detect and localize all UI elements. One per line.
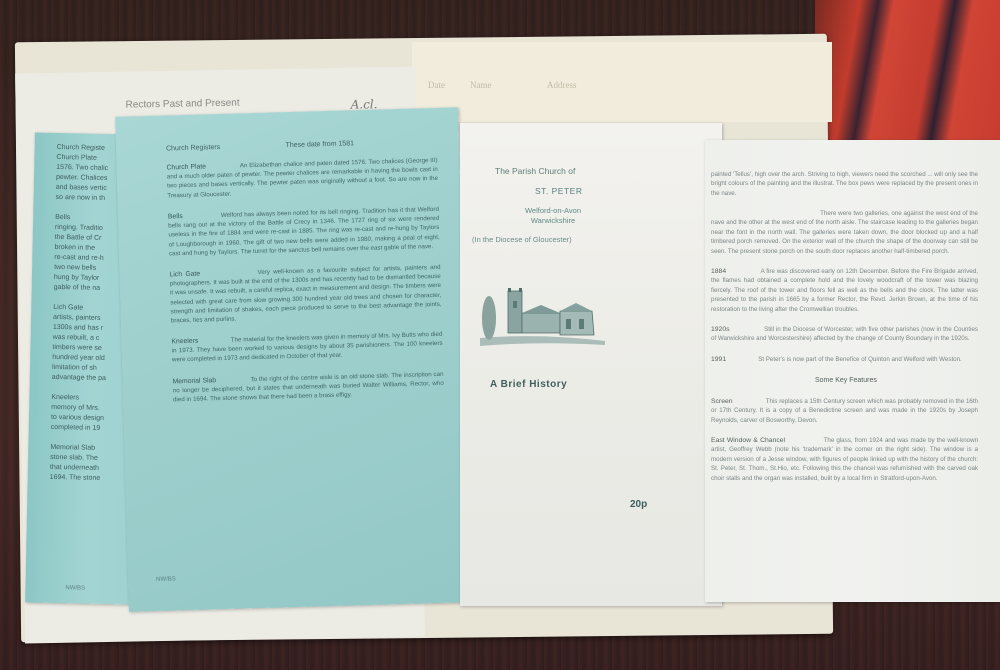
cover-diocese: (In the Diocese of Gloucester) bbox=[472, 235, 572, 244]
page-number: NW/BS bbox=[65, 585, 85, 591]
section-body: The material for the kneelers was given … bbox=[172, 331, 443, 364]
section-title: 1991 bbox=[711, 356, 758, 363]
front-blue-sheet: Church Registers These date from 1581 Ch… bbox=[115, 107, 472, 611]
text-section: 1991 St Peter's is now part of the Benef… bbox=[711, 355, 978, 364]
text-section: 1920s Still in the Diocese of Worcester,… bbox=[711, 325, 978, 344]
section-title: Lich Gate bbox=[169, 269, 257, 278]
text-section: Lich Gate Very well-known as a favourite… bbox=[169, 263, 441, 326]
cover-title: A Brief History bbox=[490, 379, 567, 390]
text-section: 1884 A fire was discovered early on 12th… bbox=[711, 267, 978, 314]
booklet-cover: The Parish Church of ST. PETER Welford-o… bbox=[460, 123, 722, 606]
text-section: Church Plate An Elizabethan chalice and … bbox=[166, 156, 438, 200]
text-section: Bells Welford has always been noted for … bbox=[168, 205, 440, 259]
cover-county: Warwickshire bbox=[513, 216, 593, 226]
section-body: St Peter's is now part of the Benefice o… bbox=[758, 356, 962, 363]
cover-town: Welford-on-Avon bbox=[513, 206, 593, 216]
ledger-right-page: Date Name Address bbox=[412, 42, 832, 122]
key-features-heading: Some Key Features bbox=[815, 377, 877, 384]
rectors-title: Rectors Past and Present bbox=[126, 98, 240, 111]
text-section: Screen This replaces a 15th Century scre… bbox=[711, 397, 978, 425]
section-title: Screen bbox=[711, 398, 766, 405]
ledger-header-address: Address bbox=[547, 80, 577, 90]
church-engraving-icon bbox=[480, 283, 605, 353]
text-section: Kneelers The material for the kneelers w… bbox=[171, 330, 443, 365]
section-title: 1920s bbox=[711, 326, 764, 333]
cover-location: Welford-on-Avon Warwickshire bbox=[513, 206, 593, 226]
cover-line-saint: ST. PETER bbox=[535, 186, 582, 196]
section-body: painted 'Tellus', high over the arch. St… bbox=[711, 171, 978, 197]
registers-dates: These date from 1581 bbox=[285, 140, 354, 149]
section-title: Church Plate bbox=[167, 162, 240, 171]
section-title: Kneelers bbox=[171, 337, 231, 346]
history-page: painted 'Tellus', high over the arch. St… bbox=[705, 140, 1000, 602]
ledger-header-date: Date bbox=[428, 80, 445, 90]
registers-label: Church Registers bbox=[166, 144, 220, 153]
section-title: Memorial Slab bbox=[172, 376, 250, 385]
section-title: 1884 bbox=[711, 268, 761, 275]
text-section: There were two galleries, one against th… bbox=[711, 209, 978, 256]
text-section: Memorial Slab To the right of the centre… bbox=[172, 370, 444, 405]
section-title: East Window & Chancel bbox=[711, 437, 824, 444]
cover-price: 20p bbox=[630, 499, 647, 510]
page-number: NW/BS bbox=[156, 576, 176, 583]
ledger-header-name: Name bbox=[470, 80, 492, 90]
text-section: painted 'Tellus', high over the arch. St… bbox=[711, 170, 978, 198]
registers-header: Church Registers These date from 1581 bbox=[166, 138, 434, 152]
section-body: To the right of the centre aisle is an o… bbox=[173, 371, 444, 404]
cover-line-parish: The Parish Church of bbox=[495, 166, 575, 176]
section-title: Bells bbox=[168, 212, 221, 220]
text-section: East Window & Chancel The glass, from 19… bbox=[711, 436, 978, 483]
